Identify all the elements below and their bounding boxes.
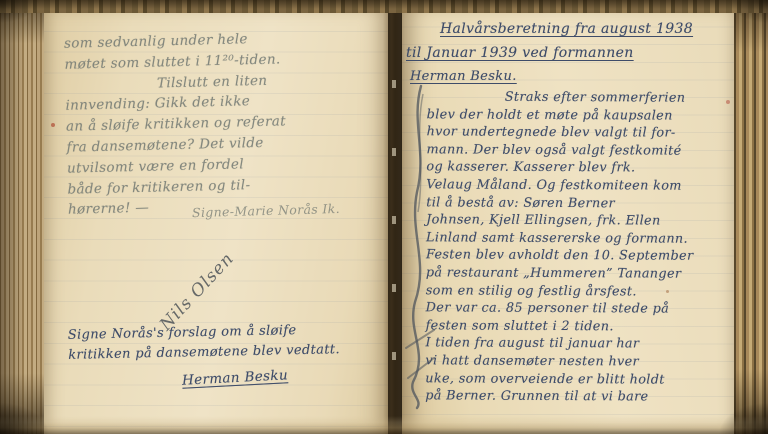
notebook-photo: som sedvanlig under hele møtet som slutt… (0, 0, 768, 434)
left-page-edge-stack (0, 0, 44, 434)
red-speck (666, 290, 669, 293)
right-page: Halvårsberetning fra august 1938 til Jan… (402, 10, 735, 434)
handwritten-line: på restaurant „Hummeren” Tananger (426, 264, 694, 283)
ink-paragraph: Signe Norås's forslag om å sløife kritik… (68, 320, 340, 365)
pencil-signature: Signe-Marie Norås Ik. (192, 201, 340, 220)
handwritten-line: mann. Der blev også valgt festkomité (426, 141, 694, 160)
handwritten-line: vi hatt dansemøter nesten hver (425, 352, 693, 371)
handwritten-line: til å bestå av: Søren Berner (426, 194, 694, 213)
handwritten-line: som en stilig og festlig årsfest. (426, 282, 694, 301)
book-top-edge (0, 0, 768, 13)
report-body: Straks efter sommerferien blev der holdt… (425, 88, 694, 406)
right-page-edge-stack (734, 0, 768, 434)
diagonal-ink-signature: Nils Olsen (156, 223, 262, 335)
red-speck (726, 100, 730, 104)
report-heading-line-1: Halvårsberetning fra august 1938 (440, 21, 693, 37)
handwritten-line: I tiden fra august til januar har (425, 335, 693, 354)
handwritten-line: blev der holdt et møte på kaupsalen (427, 106, 695, 125)
handwritten-line: uke, som overveiende er blitt holdt (425, 370, 693, 389)
handwritten-line: Straks efter sommerferien (427, 88, 695, 107)
handwritten-line: Velaug Måland. Og festkomiteen kom (426, 176, 694, 195)
left-page: som sedvanlig under hele møtet som slutt… (44, 11, 388, 434)
handwritten-line: Der var ca. 85 personer til stede på (426, 299, 694, 318)
report-heading-line-2: til Januar 1939 ved formannen (406, 45, 634, 61)
handwritten-line: Festen blev avholdt den 10. September (426, 247, 694, 266)
handwritten-line: på Berner. Grunnen til at vi bare (425, 387, 693, 406)
ink-signature: Herman Besku (182, 367, 289, 389)
margin-scribble-mark (403, 82, 437, 412)
red-speck (51, 123, 55, 127)
handwritten-line: og kasserer. Kasserer blev frk. (426, 159, 694, 178)
pencil-paragraph: som sedvanlig under hele møtet som slutt… (64, 28, 289, 220)
handwritten-line: Johnsen, Kjell Ellingsen, frk. Ellen (426, 211, 694, 230)
handwritten-line: Linland samt kassererske og formann. (426, 229, 694, 248)
binding-stitches (392, 20, 396, 420)
handwritten-line: festen som sluttet i 2 tiden. (426, 317, 694, 336)
handwritten-line: hvor undertegnede blev valgt til for- (427, 123, 695, 142)
